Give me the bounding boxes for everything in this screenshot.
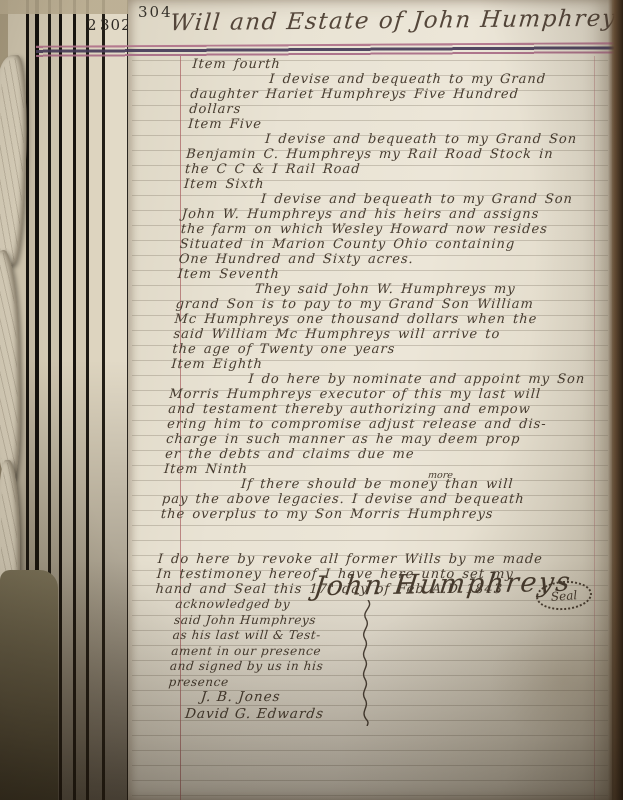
- ledger-book-photo: 2 302 304 Will and Estate of John Humphr…: [0, 0, 623, 800]
- book-gutter: [608, 0, 623, 800]
- handwritten-line: Item Five: [188, 117, 621, 132]
- handwritten-line: If there should be money than will: [240, 477, 595, 492]
- stacked-page-number: 302: [100, 16, 132, 34]
- handwritten-line: pay the above legacies. I devise and beq…: [161, 492, 594, 507]
- inserted-word-more: more: [427, 470, 453, 481]
- handwritten-line: daughter Hariet Humphreys Five Hundred: [190, 87, 623, 102]
- handwritten-line: and testament thereby authorizing and em…: [168, 402, 601, 417]
- handwritten-line: the C C & I Rail Road: [184, 162, 617, 177]
- handwritten-line: Item Sixth: [183, 177, 616, 192]
- handwritten-line: Benjamin C. Humphreys my Rail Road Stock…: [186, 147, 619, 162]
- handwritten-line: Situated in Marion County Ohio containin…: [179, 237, 612, 252]
- witness-signature: David G. Edwards: [184, 706, 325, 723]
- handwritten-line: the age of Twenty one years: [172, 342, 605, 357]
- handwritten-line: [158, 537, 591, 552]
- handwritten-line: Item Eighth: [171, 357, 604, 372]
- page-title: Will and Estate of John Humphreys: [169, 6, 611, 37]
- handwritten-line: dollars: [189, 102, 622, 117]
- handwritten-line: Item Seventh: [177, 267, 610, 282]
- handwritten-line: Morris Humphreys executor of this my las…: [169, 387, 602, 402]
- handwritten-line: grand Son is to pay to my Grand Son Will…: [175, 297, 608, 312]
- handwritten-line: I do here by nominate and appoint my Son: [248, 372, 603, 387]
- page-number: 304: [138, 3, 173, 21]
- attestation-line: as his last will & Test-: [172, 628, 383, 644]
- handwritten-line: Mc Humphreys one thousand dollars when t…: [174, 312, 607, 327]
- handwritten-line: the farm on which Wesley Howard now resi…: [180, 222, 613, 237]
- handwritten-line: ering him to compromise adjust release a…: [167, 417, 600, 432]
- attestation-line: acknowledged by: [175, 597, 386, 613]
- ledger-page: 304 Will and Estate of John Humphreys It…: [128, 0, 612, 800]
- handwritten-line: Item Ninth: [164, 462, 597, 477]
- attestation-line: ament in our presence: [171, 644, 382, 660]
- attestation-line: and signed by us in his: [169, 659, 380, 675]
- handwritten-line: [159, 522, 592, 537]
- will-body-text: Item fourthI devise and bequeath to my G…: [155, 57, 623, 597]
- attestation-line: presence: [168, 675, 379, 691]
- attestation-line: said John Humphreys: [173, 613, 384, 629]
- witness-signature: J. B. Jones: [200, 689, 327, 706]
- book-cover-cloth: [0, 570, 58, 800]
- handwritten-line: the overplus to my Son Morris Humphreys: [160, 507, 593, 522]
- handwritten-line: er the debts and claims due me: [165, 447, 598, 462]
- stacked-page-number-partial: 2: [87, 16, 98, 34]
- handwritten-line: Item fourth: [192, 57, 623, 72]
- handwritten-line: I devise and bequeath to my Grand: [269, 72, 623, 87]
- handwritten-line: I devise and bequeath to my Grand Son: [260, 192, 615, 207]
- handwritten-line: I do here by revoke all former Wills by …: [157, 552, 590, 567]
- handwritten-line: John W. Humphreys and his heirs and assi…: [181, 207, 614, 222]
- handwritten-line: They said John W. Humphreys my: [254, 282, 609, 297]
- witness-signatures: J. B. Jones David G. Edwards: [184, 689, 326, 723]
- handwritten-line: charge in such manner as he may deem pro…: [166, 432, 599, 447]
- attestation-brace: [356, 600, 378, 726]
- handwritten-line: I devise and bequeath to my Grand Son: [265, 132, 620, 147]
- handwritten-line: One Hundred and Sixty acres.: [178, 252, 611, 267]
- handwritten-line: said William Mc Humphreys will arrive to: [173, 327, 606, 342]
- attestation-clause: acknowledged bysaid John Humphreysas his…: [168, 597, 386, 690]
